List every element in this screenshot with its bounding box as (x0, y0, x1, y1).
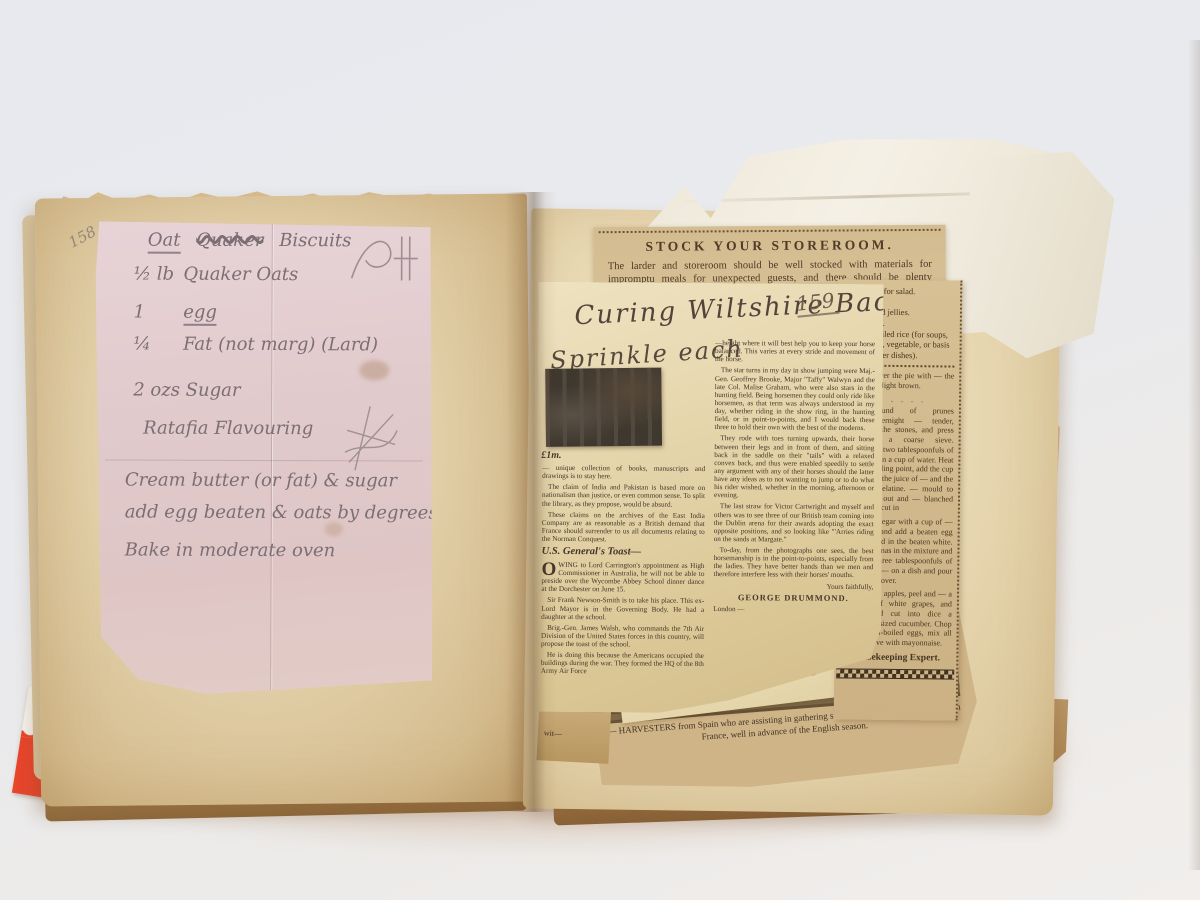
ingredient-line: 1 egg (133, 302, 217, 323)
letter-news-clipping: Curing Wiltshire Bacon 159 Sprinkle each… (536, 282, 884, 714)
recipe-title: Oat Quaker Biscuits (148, 230, 352, 252)
paper-stain (325, 522, 343, 536)
recipe-title-tail: Biscuits (279, 230, 351, 251)
halftone-photo (545, 368, 662, 447)
news-paragraph: The last straw for Victor Cartwright and… (714, 502, 874, 544)
ingredient-line: 2 ozs Sugar (133, 380, 240, 401)
news-paragraph: Sir Frank Newson-Smith is to take his pl… (541, 596, 704, 622)
recipe-title-struck-word: Quaker (196, 230, 263, 251)
pencil-scribble (344, 230, 424, 290)
ingredient-qty: ½ lb (134, 264, 178, 285)
paper-stain (359, 360, 389, 380)
clipping-headline: STOCK YOUR STOREROOM. (608, 237, 932, 255)
news-paragraph: —height where it will best help you to k… (715, 339, 875, 364)
news-paragraph: The claim of India and Pakistan is based… (542, 483, 705, 509)
photo-caption: £1m. (541, 450, 561, 461)
news-paragraph: They rode with toes turning upwards, the… (714, 434, 874, 500)
news-paragraph: To-day, from the photographs one sees, t… (713, 546, 873, 580)
pencil-scribble (335, 400, 405, 480)
news-paragraph: The star turns in my day in show jumping… (714, 366, 874, 432)
news-paragraph: Brig.-Gen. James Walsh, who commands the… (541, 624, 704, 650)
ingredient-qty: 2 ozs (133, 380, 180, 401)
handwritten-recipe-note: Oat Quaker Biscuits ½ lb Quaker Oats 1 e… (94, 221, 434, 694)
ingredient-item: Sugar (186, 380, 241, 401)
handwritten-recipe-heading: Curing Wiltshire Bacon (574, 285, 927, 331)
method-line: add egg beaten & oats by degrees (125, 502, 438, 524)
method-line: Bake in moderate oven (125, 540, 336, 562)
letter-closing: Yours faithfully, (713, 582, 873, 591)
letter-signature: GEORGE DRUMMOND. (713, 593, 873, 604)
recipe-title-word: Oat (148, 230, 181, 254)
ingredient-item: Ratafia Flavouring (143, 418, 313, 440)
news-paragraph: OWING to Lord Carrington's appointment a… (541, 561, 704, 595)
ingredient-line: ½ lb Quaker Oats (134, 264, 299, 286)
checkered-border (836, 668, 954, 679)
news-subheading: U.S. General's Toast— (542, 546, 705, 559)
ingredient-item: Quaker Oats (183, 264, 298, 285)
ingredient-item: egg (183, 302, 217, 326)
letter-left-column: — unique collection of books, manuscript… (541, 464, 706, 705)
ingredient-item: Fat (not marg) (Lard) (183, 334, 378, 356)
letter-right-column: —height where it will best help you to k… (713, 339, 875, 692)
news-paragraph: These claims on the archives of the East… (542, 510, 705, 544)
handwritten-page-number: 159 (795, 288, 840, 318)
scrapbook-photo: 158 159 Oat Quaker Biscuits ½ lb Quaker … (0, 0, 1200, 900)
letter-place: London — (713, 605, 873, 614)
ingredient-line: Ratafia Flavouring (143, 418, 313, 440)
note-vertical-crease (270, 222, 273, 694)
ingredient-qty: 1 (133, 302, 177, 323)
news-paragraph: — unique collection of books, manuscript… (542, 464, 705, 481)
news-paragraph: He is doing this because the Americans o… (541, 651, 704, 677)
ingredient-line: ¼ Fat (not marg) (Lard) (133, 334, 378, 356)
background-edge-shadow (1188, 40, 1200, 870)
ingredient-qty: ¼ (133, 334, 177, 355)
